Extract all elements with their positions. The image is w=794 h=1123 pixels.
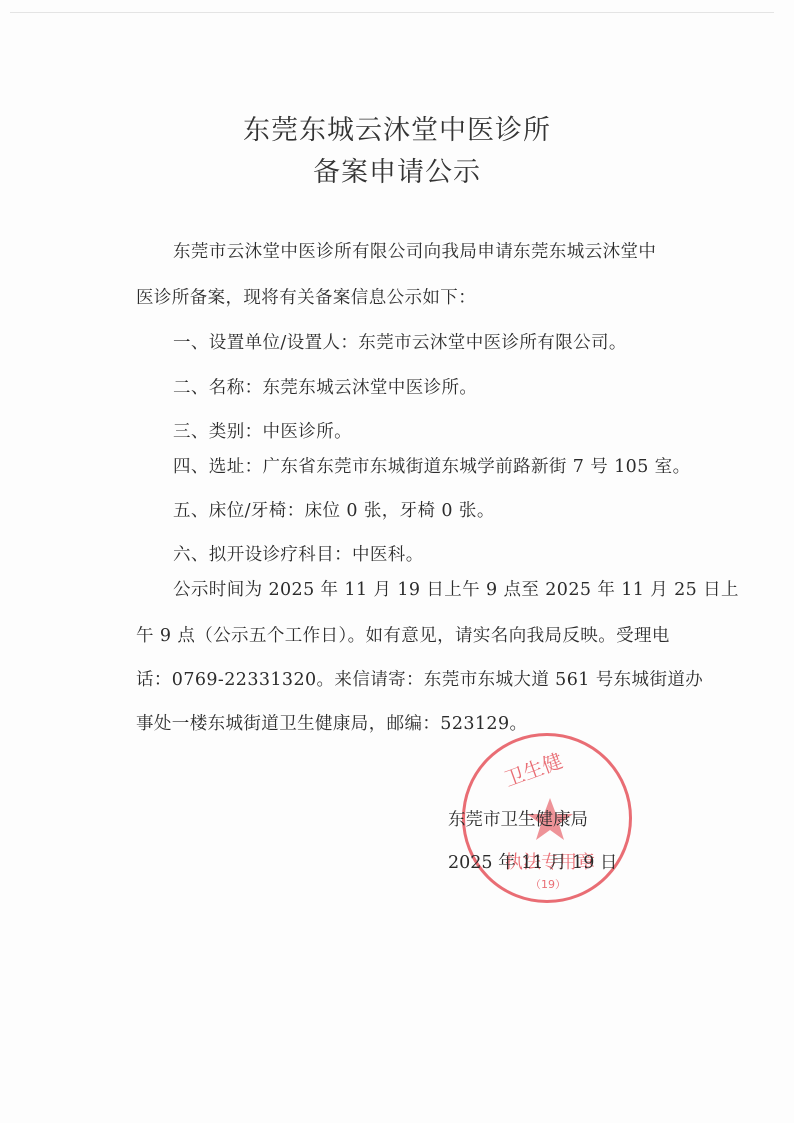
info-item-3: 三、类别：中医诊所。 (173, 418, 352, 443)
seal-number: （19） (530, 876, 566, 892)
document-title-line1: 东莞东城云沐堂中医诊所 (0, 108, 794, 147)
notice-line-1: 公示时间为 2025 年 11 月 19 日上午 9 点至 2025 年 11 … (173, 576, 739, 601)
info-item-1: 一、设置单位/设置人：东莞市云沐堂中医诊所有限公司。 (173, 329, 627, 354)
info-item-4: 四、选址：广东省东莞市东城街道东城学前路新街 7 号 105 室。 (173, 453, 691, 478)
intro-line-1: 东莞市云沐堂中医诊所有限公司向我局申请东莞东城云沐堂中 (173, 238, 656, 263)
notice-line-2: 午 9 点（公示五个工作日）。如有意见，请实名向我局反映。受理电 (136, 622, 670, 647)
info-item-2: 二、名称：东莞东城云沐堂中医诊所。 (173, 374, 477, 399)
document-title-line2: 备案申请公示 (0, 150, 794, 189)
intro-line-2: 医诊所备案，现将有关备案信息公示如下： (136, 284, 476, 309)
signing-date: 2025 年 11 月 19 日 (448, 849, 617, 874)
info-item-5: 五、床位/牙椅：床位 0 张，牙椅 0 张。 (173, 497, 495, 522)
page-top-rule (10, 12, 774, 13)
notice-line-4: 事处一楼东城街道卫生健康局，邮编：523129。 (136, 710, 527, 735)
signer-name: 东莞市卫生健康局 (448, 806, 588, 831)
info-item-6: 六、拟开设诊疗科目：中医科。 (173, 541, 424, 566)
notice-line-3: 话：0769-22331320。来信请寄：东莞市东城大道 561 号东城街道办 (136, 666, 703, 691)
